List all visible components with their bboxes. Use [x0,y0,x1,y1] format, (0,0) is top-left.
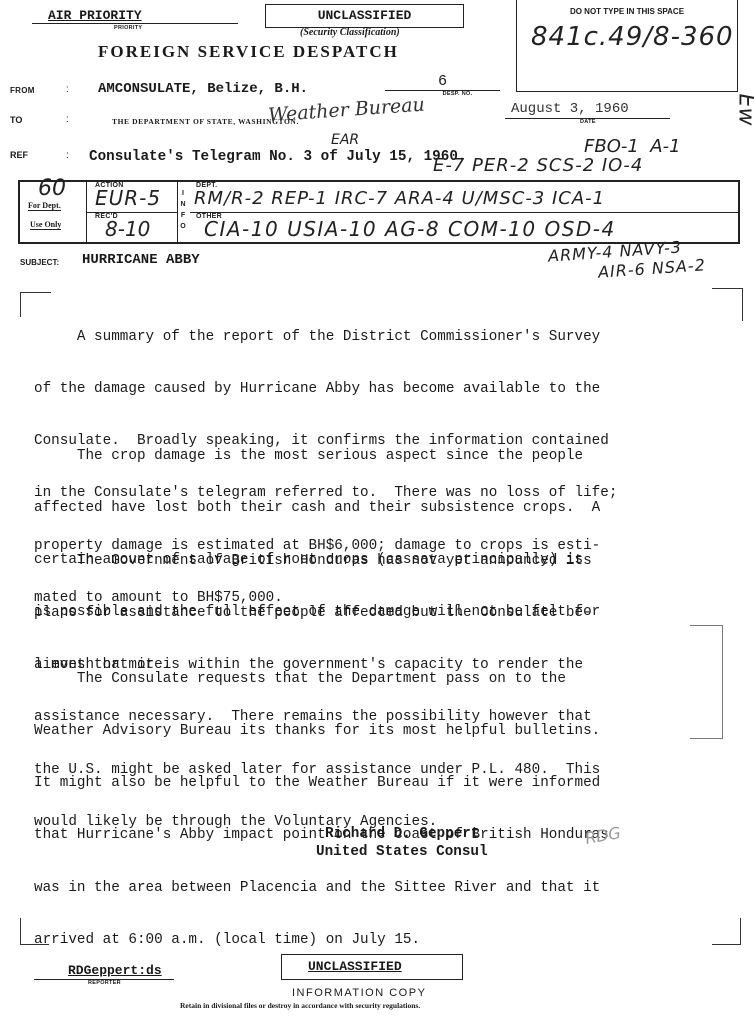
priority-label: PRIORITY [114,25,238,31]
body-frame-top-right [712,288,743,321]
despatch-number: 6 [385,72,500,90]
for-dept-cell: 60 For Dept. Use Only [20,182,87,242]
despatch-number-label: DESP. NO. [415,91,500,97]
date-field: August 3, 1960 DATE [505,101,670,125]
dept-value: RM/R-2 REP-1 IRC-7 ARA-4 U/MSC-3 ICA-1 [194,188,605,209]
handwritten-over-to: Weather Bureau [267,94,425,127]
info-label: INFO [180,188,188,232]
reporter-value: RDGeppert:ds [34,963,174,979]
action-cell: ACTION EUR-5 [87,182,178,213]
footer-classification-value: UNCLASSIFIED [282,955,462,979]
recd-cell: REC'D 8-10 [87,213,178,242]
body-line: It might also be helpful to the Weather … [34,775,609,792]
body-line: affected have lost both their cash and t… [34,500,600,517]
retention-notice: Retain in divisional files or destroy in… [180,1001,420,1010]
from-colon: : [66,84,69,95]
information-copy-label: INFORMATION COPY [292,987,426,999]
other-cell: OTHER CIA-10 USIA-10 AG-8 COM-10 OSD-4 [190,213,738,242]
ref-label: REF [10,150,28,160]
reporter-label: REPORTER [88,980,174,986]
to-colon: : [66,114,69,125]
to-label: TO [10,115,22,125]
dept-cell: DEPT. RM/R-2 REP-1 IRC-7 ARA-4 U/MSC-3 I… [190,182,738,213]
form-title: FOREIGN SERVICE DESPATCH [98,42,399,62]
body-line: of the damage caused by Hurricane Abby h… [34,381,617,398]
body-line: was in the area between Placencia and th… [34,880,609,897]
reserved-box: DO NOT TYPE IN THIS SPACE 841c.49/8-360 [516,0,738,92]
subject-label: SUBJECT: [20,258,59,267]
despatch-number-field: 6 DESP. NO. [385,72,500,97]
reporter-field: RDGeppert:ds REPORTER [34,963,174,986]
footer-classification-box: UNCLASSIFIED [281,954,463,980]
reserved-box-label: DO NOT TYPE IN THIS SPACE [517,7,737,16]
body-line: Weather Advisory Bureau its thanks for i… [34,723,609,740]
file-number: 841c.49/8-360 [531,22,737,52]
distribution-table: 60 For Dept. Use Only ACTION EUR-5 REC'D… [18,180,740,244]
body-line: arrived at 6:00 a.m. (local time) on Jul… [34,932,609,949]
from-label: FROM [10,86,35,95]
classification-value: UNCLASSIFIED [266,5,463,27]
signer-title: United States Consul [316,843,488,861]
ref-colon: : [66,150,69,161]
handwritten-ear: EAR [331,132,359,148]
handwritten-distribution-line1: FBO-1 A-1 [584,136,681,157]
body-line: The Consulate requests that the Departme… [34,671,609,688]
date-value: August 3, 1960 [505,101,670,118]
handwritten-margin-note: Ew [733,94,754,126]
handwritten-distribution-line2: E-7 PER-2 SCS-2 IO-4 [433,155,643,176]
recd-value: 8-10 [105,217,150,241]
from-value: AMCONSULATE, Belize, B.H. [98,81,308,97]
ref-value: Consulate's Telegram No. 3 of July 15, 1… [89,149,467,165]
body-frame-mid-right [690,625,723,739]
priority-value: AIR PRIORITY [32,8,238,24]
for-dept-label-1: For Dept. [28,201,61,211]
body-line: The crop damage is the most serious aspe… [34,448,600,465]
for-dept-number: 60 [38,176,66,201]
classification-label: (Security Classification) [300,27,400,38]
classification-box: UNCLASSIFIED [265,4,464,28]
signature-block: Richard D. Geppert United States Consul [316,825,488,861]
signer-name: Richard D. Geppert [316,825,488,843]
info-label-text: INFO [180,188,186,232]
action-value: EUR-5 [95,186,161,210]
priority-field: AIR PRIORITY PRIORITY [32,8,238,31]
body-paragraph-4: The Consulate requests that the Departme… [34,636,609,967]
body-line: A summary of the report of the District … [34,329,617,346]
date-label: DATE [580,119,670,125]
body-line: plans for assistance to the people affec… [34,605,600,622]
other-value: CIA-10 USIA-10 AG-8 COM-10 OSD-4 [204,217,616,241]
body-frame-bottom-right [712,918,741,945]
subject-value: HURRICANE ABBY [82,252,200,268]
for-dept-label-2: Use Only [30,220,61,230]
body-line: The Government of British Honduras has n… [34,553,600,570]
